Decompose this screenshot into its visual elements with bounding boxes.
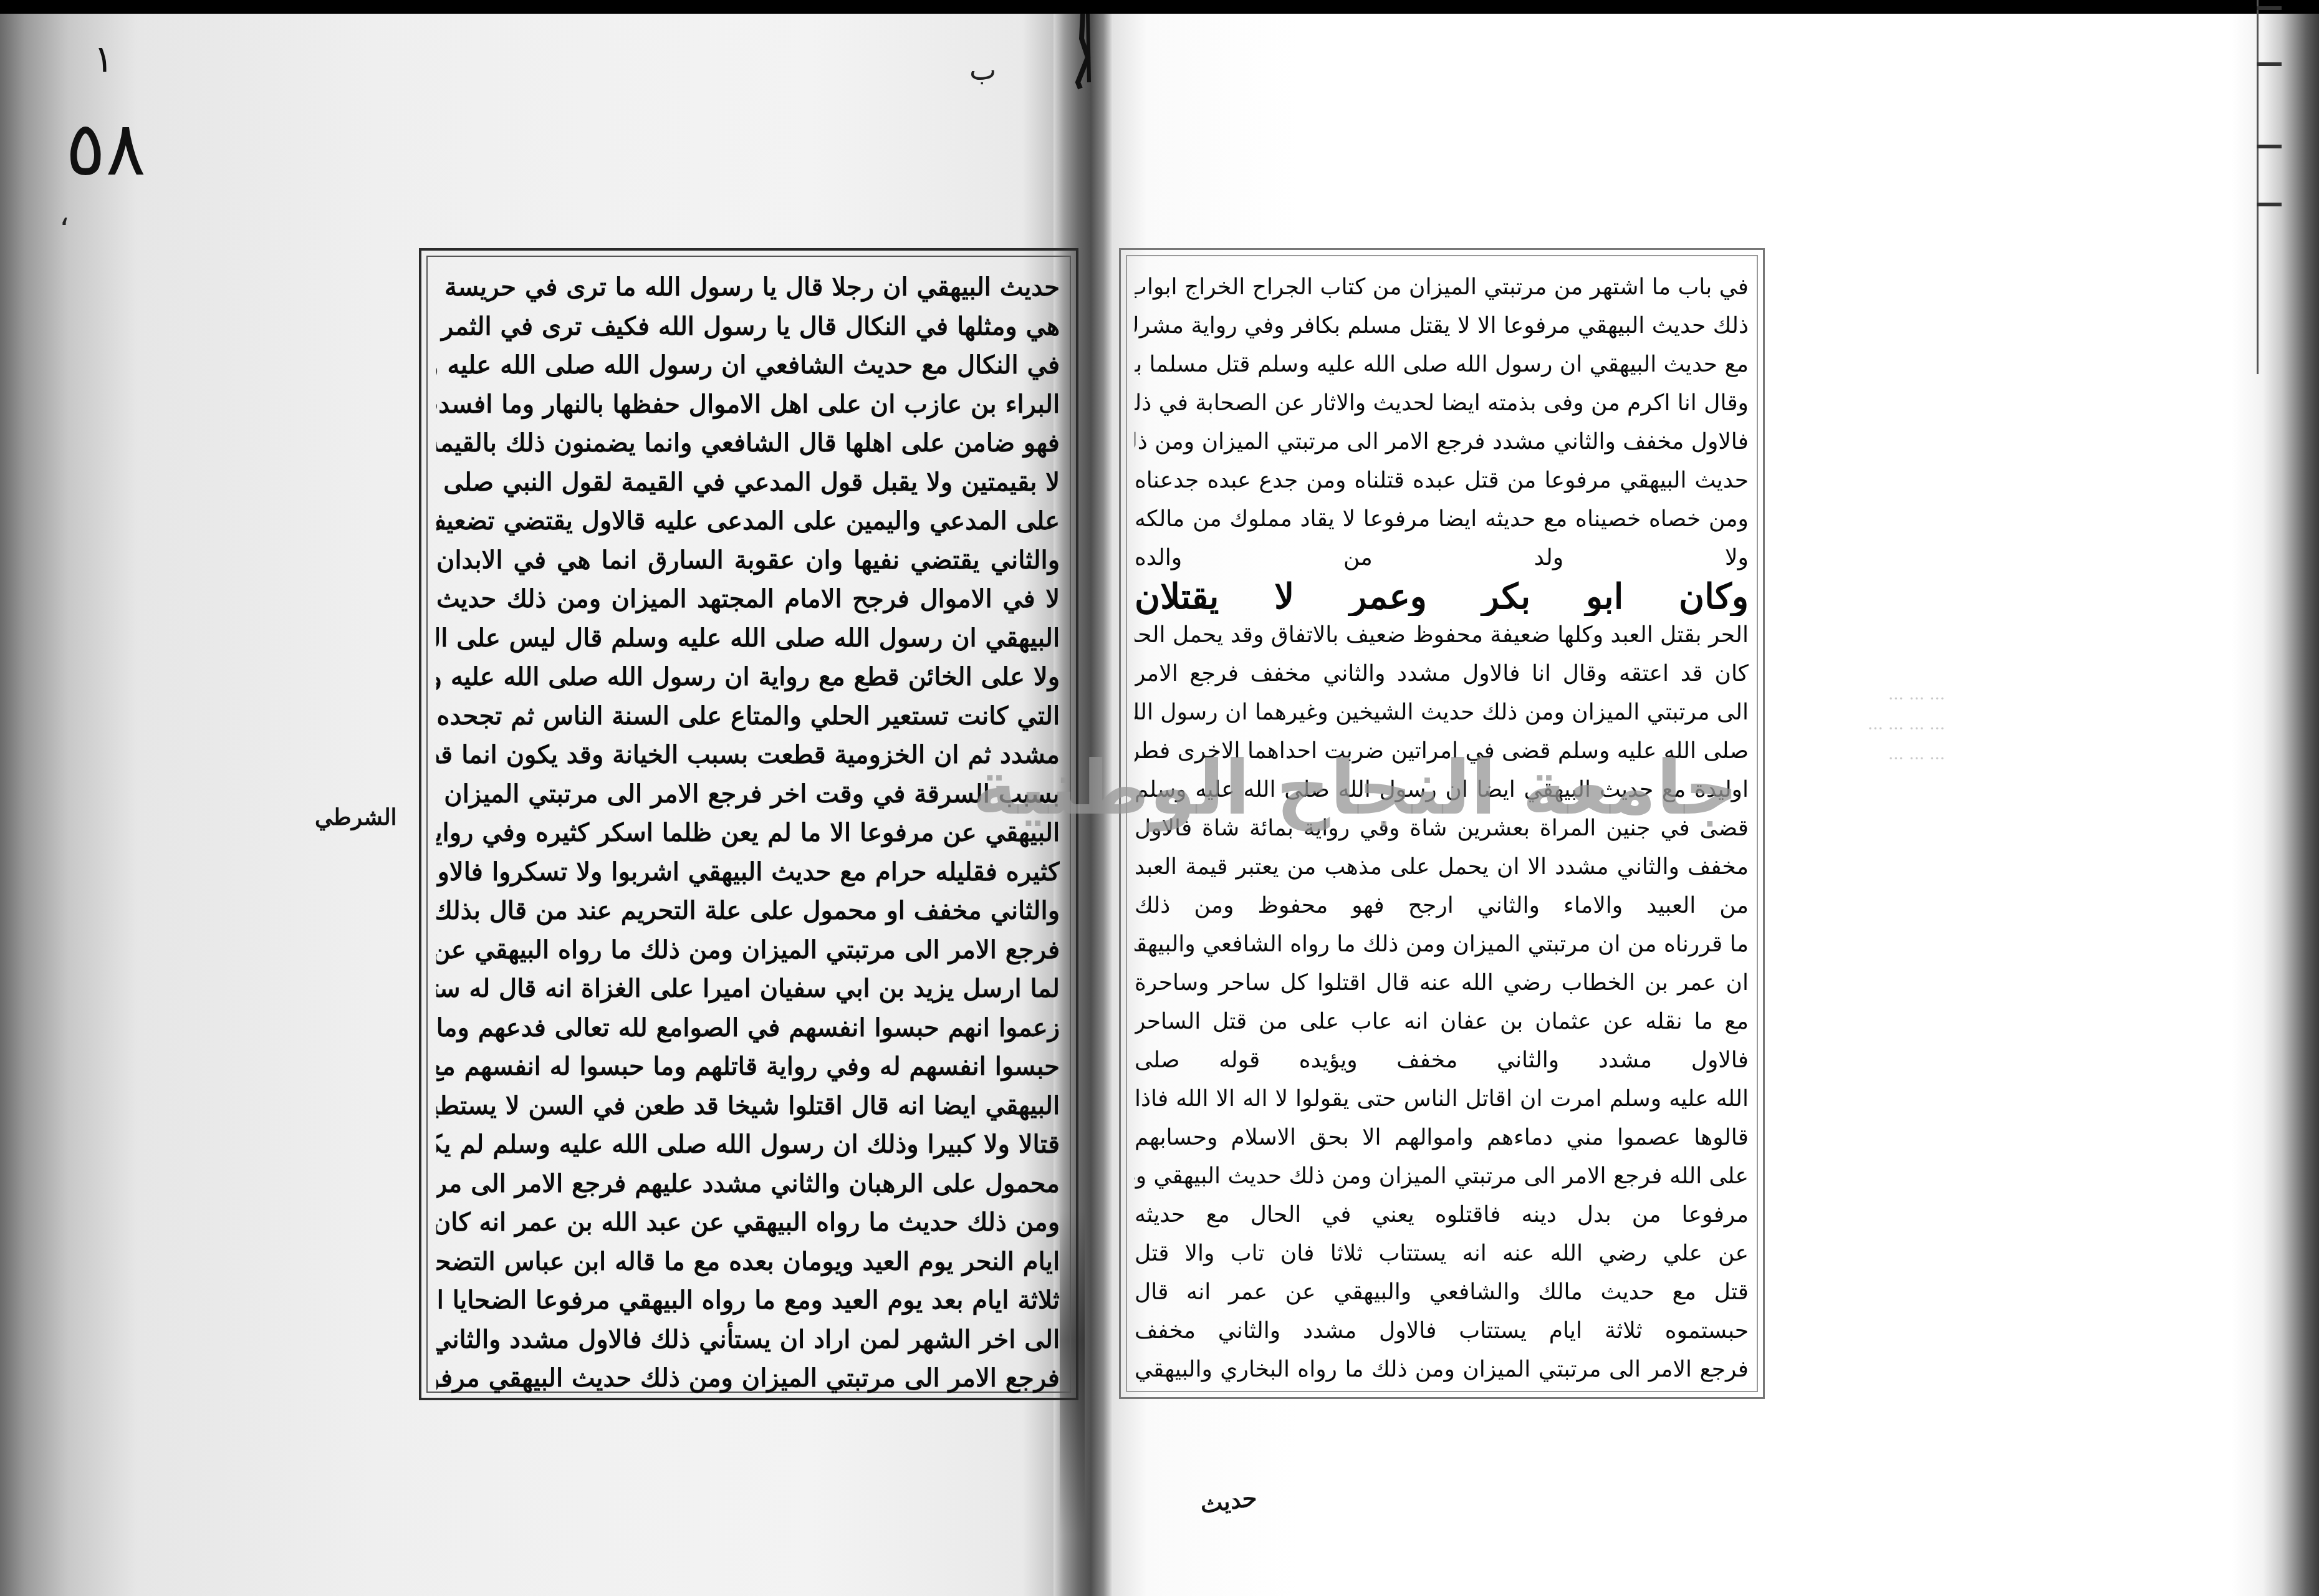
right-page-edge xyxy=(2257,0,2282,374)
text-line: هي ومثلها في النكال قال يا رسول الله فكي… xyxy=(436,307,1060,347)
text-line: بسبب السرقة في وقت اخر فرجع الامر الى مر… xyxy=(436,775,1060,814)
text-line: مرفوعا من بدل دينه فاقتلوه يعني في الحال… xyxy=(1135,1196,1749,1234)
gutter-ink-marks xyxy=(1069,14,1094,126)
text-line: قتل مع حديث مالك والشافعي والبيهقي عن عم… xyxy=(1135,1273,1749,1312)
bleed-line: ... ... ... xyxy=(1783,739,1945,769)
edge-tick xyxy=(2257,203,2282,206)
text-line: ولا على الخائن قطع مع رواية ان رسول الله… xyxy=(436,658,1060,697)
text-line: ومن خصاه خصيناه مع حديثه ايضا مرفوعا لا … xyxy=(1135,500,1749,539)
text-line: ومن ذلك حديث ما رواه البيهقي عن عبد الله… xyxy=(436,1203,1060,1243)
text-line: مشدد ثم ان الخزومية قطعت بسبب الخيانة وق… xyxy=(436,736,1060,775)
text-line: مع ما نقله عن عثمان بن عفان انه عاب على … xyxy=(1135,1002,1749,1041)
left-page-text: حديث البيهقي ان رجلا قال يا رسول الله ما… xyxy=(436,268,1060,1398)
text-line: لما ارسل يزيد بن ابي سفيان اميرا على الغ… xyxy=(436,969,1060,1009)
text-line: عن علي رضي الله عنه انه يستتاب ثلاثا فان… xyxy=(1135,1234,1749,1273)
text-line: زعموا انهم حبسوا انفسهم في الصوامع لله ت… xyxy=(436,1009,1060,1048)
text-line: فهو ضامن على اهلها قال الشافعي وانما يضم… xyxy=(436,424,1060,463)
edge-tick xyxy=(2257,6,2282,10)
text-line: فرجع الامر الى مرتبتي الميزان ومن ذلك ما… xyxy=(1135,1350,1749,1389)
text-line: لا في الاموال فرجح الامام المجتهد الميزا… xyxy=(436,580,1060,619)
text-line: ولا ولد من والده xyxy=(1135,539,1749,577)
text-line: ان عمر بن الخطاب رضي الله عنه قال اقتلوا… xyxy=(1135,964,1749,1002)
text-line: كثيره فقليله حرام مع حديث البيهقي اشربوا… xyxy=(436,853,1060,892)
bleed-through-text: ... ... ... ... ... ... ... ... ... ... xyxy=(1783,680,1945,769)
text-line: في باب ما اشتهر من مرتبتي الميزان من كتا… xyxy=(1135,268,1749,307)
section-heading: وكان ابو بكر وعمر لا يقتلان xyxy=(1135,577,1749,616)
text-line: البيهقي ايضا انه قال اقتلوا شيخا قد طعن … xyxy=(436,1087,1060,1126)
text-line: والثاني مخفف او محمول على علة التحريم عن… xyxy=(436,892,1060,931)
text-line: الى مرتبتي الميزان ومن ذلك حديث الشيخين … xyxy=(1135,693,1749,732)
text-line: فرجع الامر الى مرتبتي الميزان ومن ذلك ما… xyxy=(436,931,1060,970)
bleed-line: ... ... ... ... xyxy=(1783,709,1945,739)
text-line: التي كانت تستعير الحلي والمتاع على السنة… xyxy=(436,697,1060,736)
bleed-line: ... ... ... xyxy=(1783,680,1945,709)
scan-top-edge xyxy=(0,0,2319,14)
text-line: ثلاثة ايام بعد يوم العيد ومع ما رواه الب… xyxy=(436,1281,1060,1320)
folio-number: ٥٨ xyxy=(65,106,146,193)
text-line: والثاني يقتضي نفيها وان عقوبة السارق انم… xyxy=(436,541,1060,580)
text-line: في النكال مع حديث الشافعي ان رسول الله ص… xyxy=(436,346,1060,385)
text-line: وقال انا اكرم من وفى بذمته ايضا لحديث وا… xyxy=(1135,384,1749,423)
text-line: مع حديث البيهقي ان رسول الله صلى الله عل… xyxy=(1135,345,1749,384)
text-line: فالاول مخفف والثاني مشدد فرجع الامر الى … xyxy=(1135,423,1749,461)
text-line: ايام النحر يوم العيد ويومان بعده مع ما ق… xyxy=(436,1243,1060,1282)
folio-tick: ، xyxy=(59,196,69,233)
margin-note: الشرطي xyxy=(315,804,397,830)
text-line: ما قررناه من ان مرتبتي الميزان ومن ذلك م… xyxy=(1135,925,1749,964)
text-line: مخفف والثاني مشدد الا ان يحمل على مذهب م… xyxy=(1135,848,1749,887)
text-line: الى اخر الشهر لمن اراد ان يستأني ذلك فال… xyxy=(436,1320,1060,1360)
library-watermark: جامعة النجاح الوطنية xyxy=(972,745,1738,832)
text-line: البراء بن عازب ان على اهل الاموال حفظها … xyxy=(436,385,1060,425)
text-line: محمول على الرهبان والثاني مشدد عليهم فرج… xyxy=(436,1165,1060,1204)
edge-line xyxy=(2257,0,2259,374)
text-line: كان قد اعتقه وقال انا فالاول مشدد والثان… xyxy=(1135,655,1749,693)
text-line: على الله فرجع الامر الى مرتبتي الميزان و… xyxy=(1135,1157,1749,1196)
text-line: فالاول مشدد والثاني مخفف ويؤيده قوله صلى xyxy=(1135,1041,1749,1080)
text-line: على المدعي واليمين على المدعى عليه قالاو… xyxy=(436,502,1060,541)
text-line: قالوها عصموا مني دماءهم واموالهم الا بحق… xyxy=(1135,1118,1749,1157)
text-line: من العبيد والاماء والثاني ارجح فهو محفوظ… xyxy=(1135,887,1749,925)
text-line: الحر بقتل العبد وكلها ضعيفة محفوظ ضعيف ب… xyxy=(1135,616,1749,655)
text-line: ذلك حديث البيهقي مرفوعا الا لا يقتل مسلم… xyxy=(1135,307,1749,345)
text-line: حبستموه ثلاثة ايام يستتاب فالاول مشدد وا… xyxy=(1135,1312,1749,1350)
edge-tick xyxy=(2257,145,2282,148)
text-line: البيهقي ان رسول الله صلى الله عليه وسلم … xyxy=(436,619,1060,658)
text-line: حديث البيهقي ان رجلا قال يا رسول الله ما… xyxy=(436,268,1060,307)
text-line: البيهقي عن مرفوعا الا ما لم يعن ظلما اسك… xyxy=(436,814,1060,853)
text-line: حبسوا انفسهم له وفي رواية قاتلهم وما حبس… xyxy=(436,1047,1060,1087)
text-line: فرجع الامر الى مرتبتي الميزان ومن ذلك حد… xyxy=(436,1359,1060,1398)
gutter-corner-mark: ب xyxy=(969,53,996,87)
text-line: قتالا ولا كبيرا وذلك ان رسول الله صلى ال… xyxy=(436,1125,1060,1165)
folio-mark: ١ xyxy=(94,37,113,81)
text-line: حديث البيهقي مرفوعا من قتل عبده قتلناه و… xyxy=(1135,461,1749,500)
edge-tick xyxy=(2257,62,2282,66)
text-line: لا بقيمتين ولا يقبل قول المدعي في القيمة… xyxy=(436,463,1060,502)
text-line: الله عليه وسلم امرت ان اقاتل الناس حتى ي… xyxy=(1135,1080,1749,1118)
